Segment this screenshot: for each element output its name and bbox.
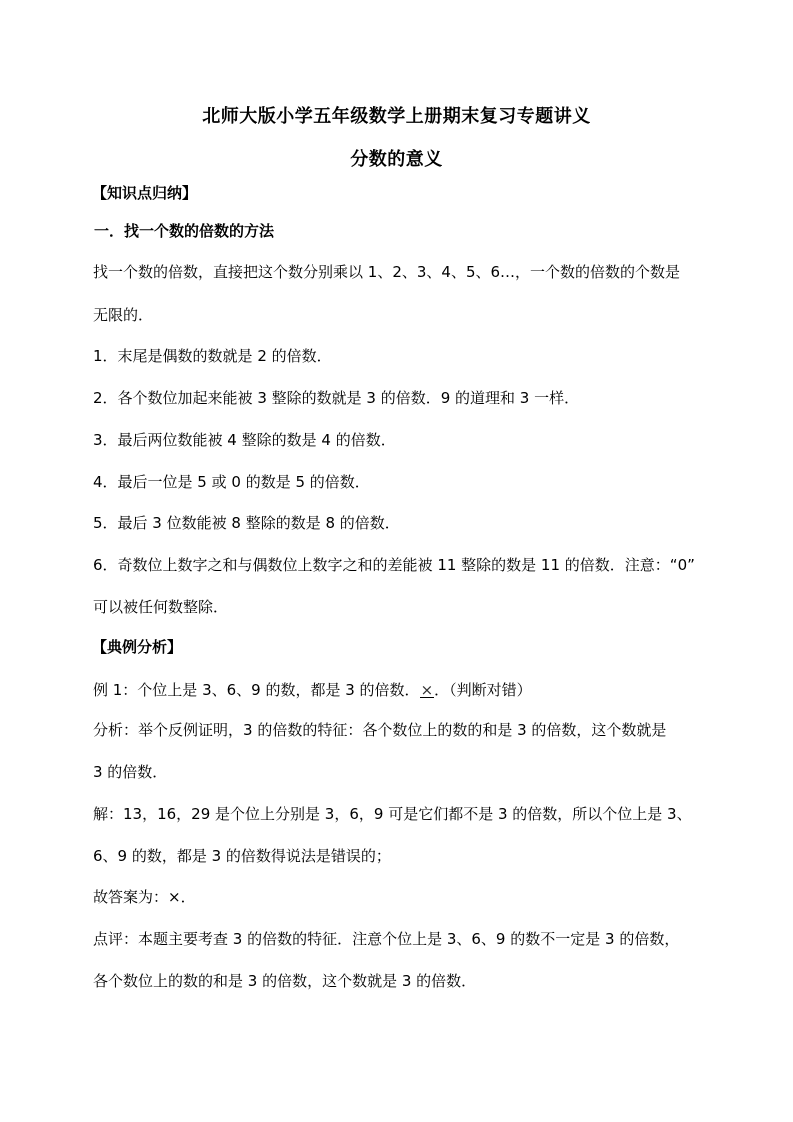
section-heading-knowledge: 【知识点归纳】 — [92, 183, 197, 203]
analysis-line-1: 分析：举个反例证明，3 的倍数的特征：各个数位上的数的和是 3 的倍数，这个数就… — [93, 720, 666, 740]
solution-line-1: 解：13，16，29 是个位上分别是 3，6，9 可是它们都不是 3 的倍数，所… — [93, 804, 692, 824]
comment-line-1: 点评：本题主要考查 3 的倍数的特征．注意个位上是 3、6、9 的数不一定是 3… — [93, 929, 679, 949]
heading-find-multiples: 一．找一个数的倍数的方法 — [94, 221, 274, 241]
rule-item-6: 6．奇数位上数字之和与偶数位上数字之和的差能被 11 整除的数是 11 的倍数．… — [93, 555, 695, 575]
analysis-line-2: 3 的倍数． — [93, 762, 167, 782]
answer-line: 故答案为：×． — [93, 887, 196, 907]
intro-paragraph-line-2: 无限的． — [93, 305, 153, 325]
rule-item-1: 1．末尾是偶数的数就是 2 的倍数． — [93, 346, 332, 366]
rule-item-6-continued: 可以被任何数整除． — [93, 597, 228, 617]
example-1-suffix: ．（判断对错） — [434, 681, 532, 699]
rule-item-3: 3．最后两位数能被 4 整除的数是 4 的倍数． — [93, 430, 396, 450]
example-1-prefix: 例 1：个位上是 3、6、9 的数，都是 3 的倍数． — [93, 681, 420, 699]
solution-line-2: 6、9 的数，都是 3 的倍数得说法是错误的； — [93, 846, 391, 866]
document-title: 北师大版小学五年级数学上册期末复习专题讲义 — [0, 102, 793, 128]
rule-item-2: 2．各个数位加起来能被 3 整除的数就是 3 的倍数．9 的道理和 3 一样． — [93, 388, 579, 408]
rule-item-5: 5．最后 3 位数能被 8 整除的数是 8 的倍数． — [93, 513, 400, 533]
example-1-answer-blank: × — [420, 683, 435, 698]
document-subtitle: 分数的意义 — [0, 145, 793, 171]
document-page: 北师大版小学五年级数学上册期末复习专题讲义 分数的意义 【知识点归纳】 一．找一… — [0, 0, 793, 1122]
intro-paragraph-line-1: 找一个数的倍数，直接把这个数分别乘以 1、2、3、4、5、6…，一个数的倍数的个… — [93, 262, 680, 282]
rule-item-4: 4．最后一位是 5 或 0 的数是 5 的倍数． — [93, 472, 370, 492]
comment-line-2: 各个数位上的数的和是 3 的倍数，这个数就是 3 的倍数． — [93, 971, 476, 991]
section-heading-examples: 【典例分析】 — [92, 637, 182, 657]
example-1-question: 例 1：个位上是 3、6、9 的数，都是 3 的倍数．×．（判断对错） — [93, 680, 532, 700]
